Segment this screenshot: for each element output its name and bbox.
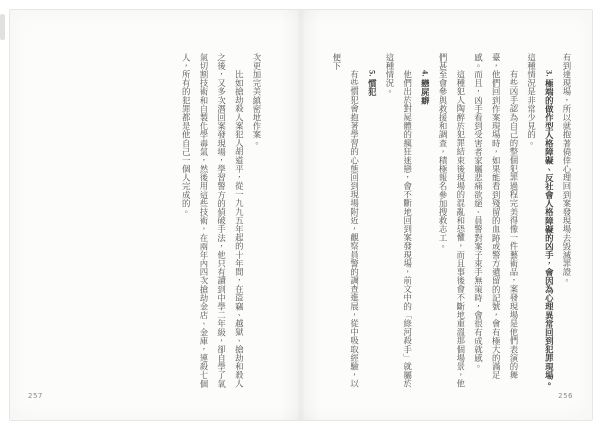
- book-spread: 次更加完美縝密地作案。比如搶劫殺人案犯人胡道平，從一九九五年起的十年間，在盜竊、…: [9, 9, 593, 421]
- paragraph: 他們出於對屍體的瘋狂迷戀，會不斷地回到案發現場，前文中的「綠河殺手」就屬於這種情…: [380, 53, 415, 391]
- section-heading: 3. 極端的做作型人格障礙、反社會人格障礙的凶手，會因為心理異常回到犯罪現場。: [544, 70, 553, 388]
- paragraph: 次更加完美縝密地作案。: [247, 53, 265, 391]
- scan-edge-artifact: [0, 14, 5, 40]
- page-left: 次更加完美縝密地作案。比如搶劫殺人案犯人胡道平，從一九九五年起的十年間，在盜竊、…: [10, 10, 301, 420]
- paragraph: 有些凶手認為自己的整個犯罪過程完美得像一件藝術品，案發現場是他們表演的舞臺，他們…: [469, 53, 522, 391]
- page-right: 有到達現場，所以就抱著僥倖心理回到案發現場去毀滅罪證。3. 極端的做作型人格障礙…: [301, 10, 592, 420]
- paragraph: 這種犯人陶醉於犯罪結束後現場的混亂和恐懼，而且事後會不斷地重溫那個場景，他們甚至…: [433, 53, 468, 391]
- page-number-left: 257: [28, 392, 43, 400]
- paragraph: 有到達現場，所以就抱著僥倖心理回到案發現場去毀滅罪證。: [557, 53, 575, 391]
- paragraph: 比如搶劫殺人案犯人胡道平，從一九九五年起的十年間，在盜竊、越獄、搶劫和殺人之後，…: [176, 53, 247, 391]
- paragraph: 有些慣犯會抱著學習的心態回到現場附近，觀察員警的調查進展，從中吸取經驗，以便下: [327, 53, 362, 391]
- paragraph-text: 這種情況是非常少見的。: [527, 53, 536, 148]
- book-spread-photo: 次更加完美縝密地作案。比如搶劫殺人案犯人胡道平，從一九九五年起的十年間，在盜竊、…: [0, 0, 600, 428]
- page-number-right: 256: [558, 392, 573, 400]
- section-heading: 5. 慣犯: [363, 53, 381, 391]
- page-left-text: 次更加完美縝密地作案。比如搶劫殺人案犯人胡道平，從一九九五年起的十年間，在盜竊、…: [145, 53, 265, 391]
- page-right-text: 有到達現場，所以就抱著僥倖心理回到案發現場去毀滅罪證。3. 極端的做作型人格障礙…: [323, 53, 575, 391]
- section-heading: 4. 戀屍癖: [416, 53, 434, 391]
- section-heading-paragraph: 3. 極端的做作型人格障礙、反社會人格障礙的凶手，會因為心理異常回到犯罪現場。這…: [522, 53, 557, 391]
